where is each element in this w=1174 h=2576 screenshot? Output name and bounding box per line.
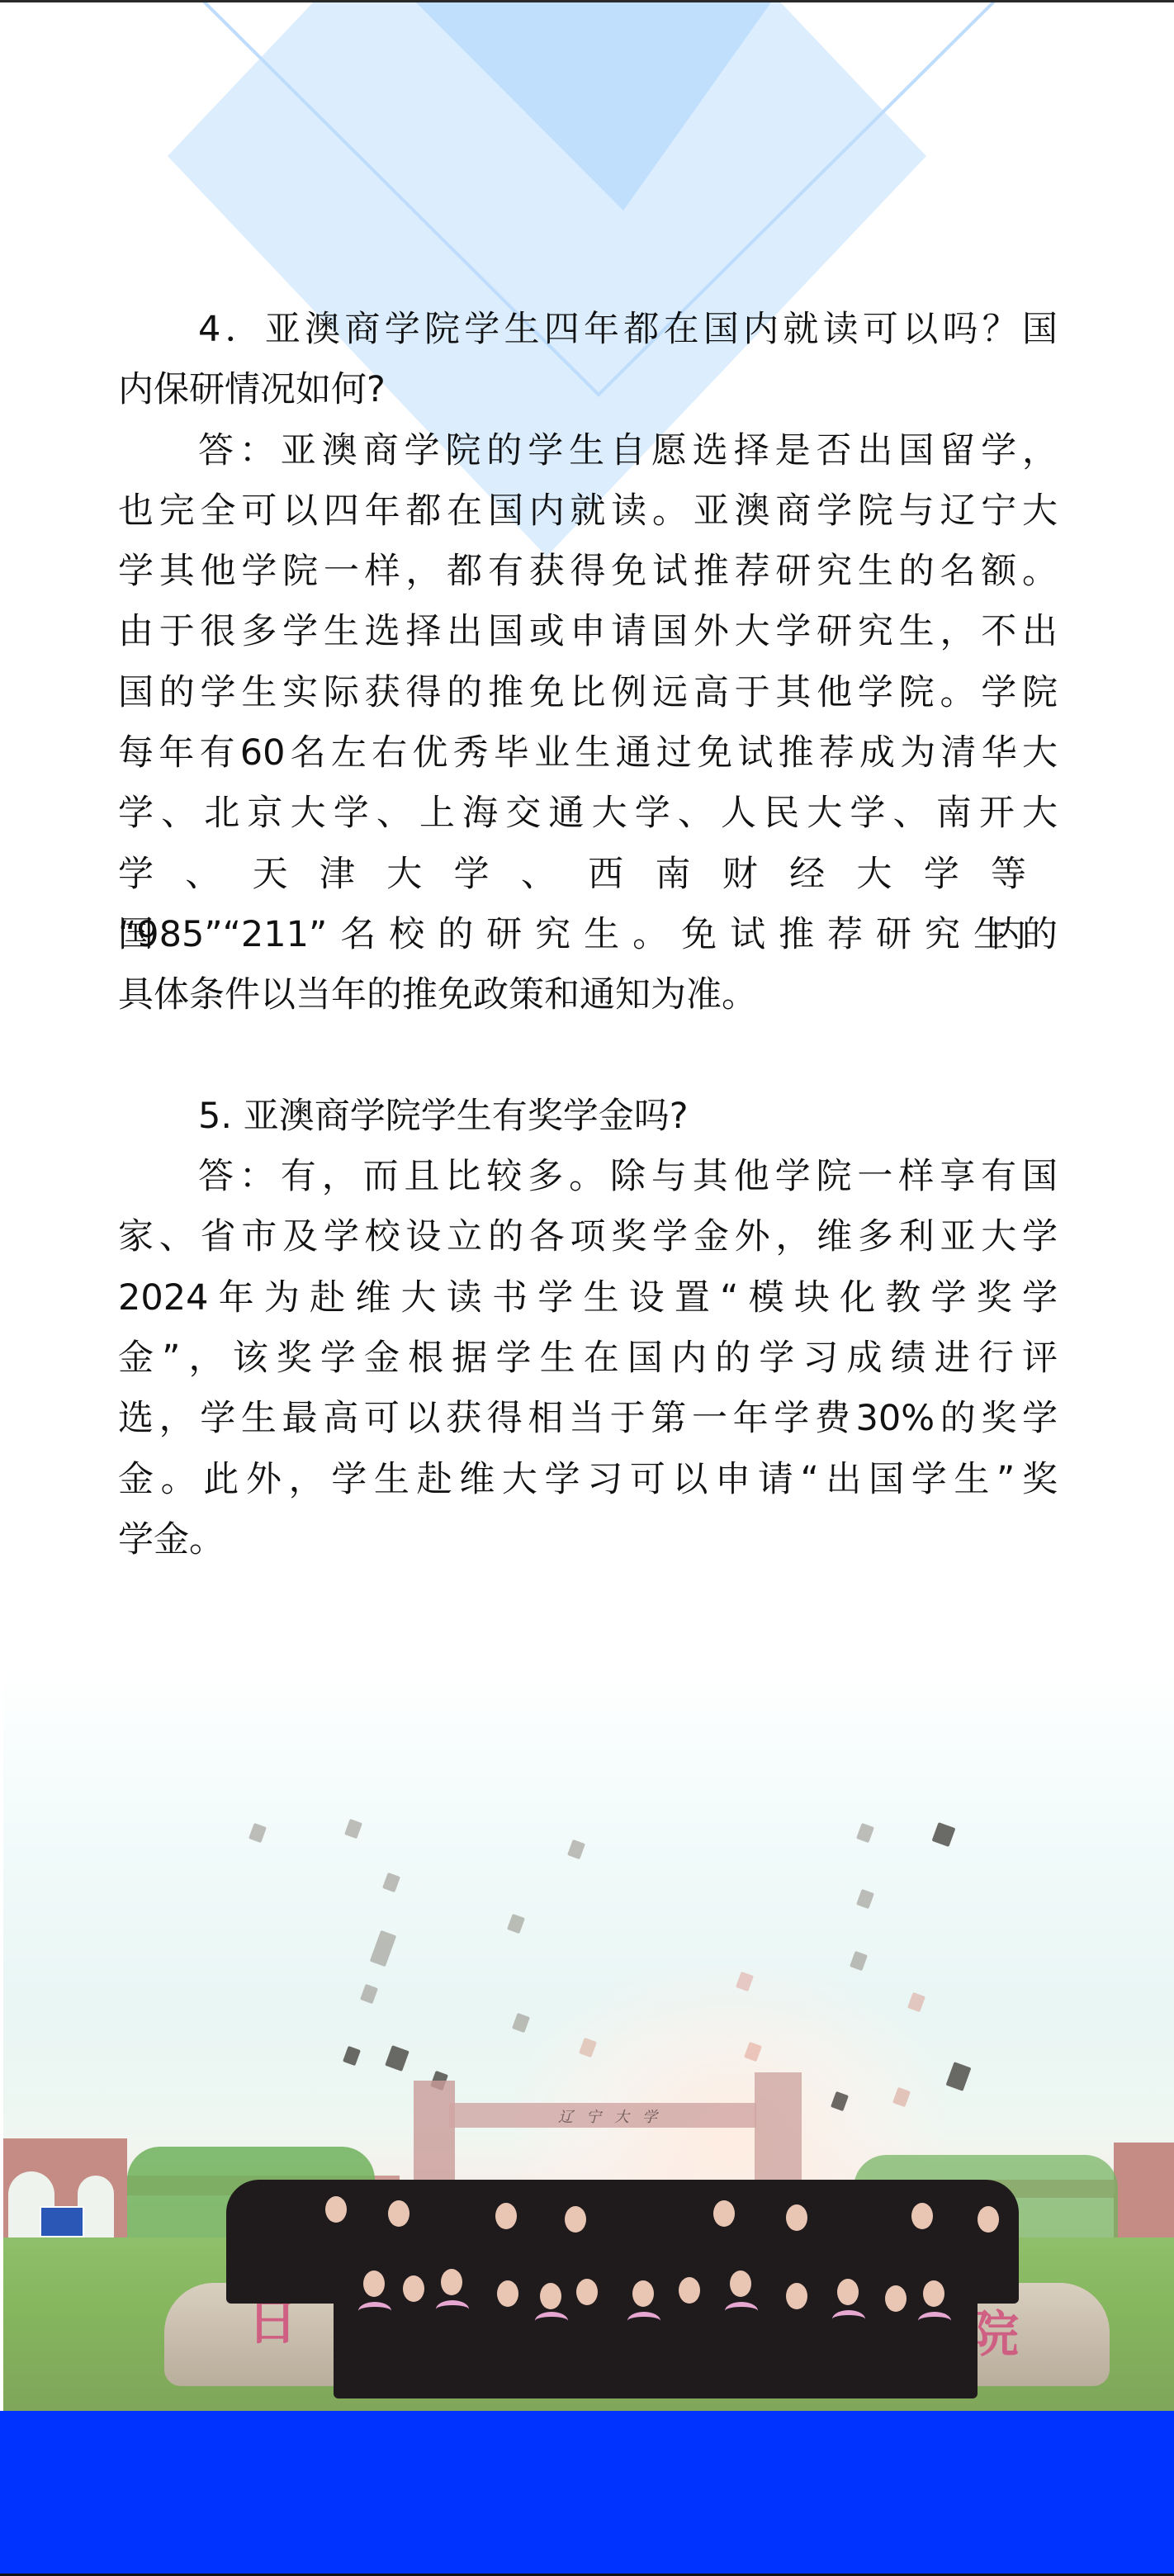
mortarboard-cap-icon	[382, 1873, 400, 1892]
gown-collar	[436, 2300, 469, 2318]
gown-collar	[725, 2302, 758, 2320]
graduate-face	[576, 2279, 598, 2305]
graduate-face	[978, 2206, 999, 2233]
section-spacer	[118, 1026, 1058, 1087]
graduate-face	[540, 2283, 561, 2309]
mortarboard-cap-icon	[344, 1819, 362, 1839]
answer-line: 学其他学院一样，都有获得免试推荐研究生的名额。	[118, 542, 1058, 602]
mortarboard-cap-icon	[567, 1840, 585, 1859]
mortarboard-cap-icon	[946, 2062, 972, 2091]
faq-item-5: 5. 亚澳商学院学生有奖学金吗? 答：有，而且比较多。除与其他学院一样享有国 家…	[118, 1087, 1058, 1570]
answer-line: 由于很多学生选择出国或申请国外大学研究生，不出	[118, 602, 1058, 662]
graduation-photo: 辽宁大学 日 院	[3, 1668, 1174, 2411]
mortarboard-cap-icon	[507, 1914, 525, 1934]
right-arcade	[1114, 2143, 1174, 2250]
mortarboard-cap-icon	[343, 2046, 361, 2066]
gown-collar	[832, 2310, 865, 2328]
graduate-face	[363, 2271, 385, 2297]
graduate-face	[388, 2200, 409, 2227]
graduate-face	[786, 2283, 807, 2309]
graduate-face	[730, 2271, 751, 2297]
answer-line: 也完全可以四年都在国内就读。亚澳商学院与辽宁大	[118, 481, 1058, 542]
answer-line: 答：亚澳商学院的学生自愿选择是否出国留学，	[118, 421, 1058, 481]
question-heading-line: 内保研情况如何?	[118, 360, 1058, 420]
answer-line: 金”，该奖学金根据学生在国内的学习成绩进行评	[118, 1328, 1058, 1389]
graduate-face	[885, 2285, 907, 2312]
graduate-face	[632, 2280, 654, 2307]
graduate-face	[325, 2196, 347, 2223]
mortarboard-cap-icon	[856, 1889, 874, 1909]
faq-content: 4．亚澳商学院学生四年都在国内就读可以吗？国 内保研情况如何? 答：亚澳商学院的…	[118, 300, 1058, 1570]
answer-line: “985”“211”名校的研究生。免试推荐研究生的	[118, 905, 1058, 965]
mortarboard-cap-icon	[385, 2045, 409, 2072]
faq-item-4: 4．亚澳商学院学生四年都在国内就读可以吗？国 内保研情况如何? 答：亚澳商学院的…	[118, 300, 1058, 1026]
answer-line: 2024年为赴维大读书学生设置“模块化教学奖学	[118, 1268, 1058, 1328]
graduate-face	[713, 2200, 735, 2227]
campus-sign	[40, 2206, 84, 2237]
question-heading-line: 4．亚澳商学院学生四年都在国内就读可以吗？国	[118, 300, 1058, 360]
gown-collar	[535, 2312, 568, 2330]
answer-line: 金。此外，学生赴维大学习可以申请“出国学生”奖	[118, 1450, 1058, 1510]
answer-line: 国的学生实际获得的推免比例远高于其他学院。学院	[118, 663, 1058, 723]
graduate-face	[679, 2277, 700, 2304]
mortarboard-cap-icon	[856, 1823, 874, 1843]
graduate-face	[441, 2269, 462, 2295]
graduate-face	[911, 2203, 933, 2229]
graduate-face	[495, 2203, 517, 2229]
answer-line: 家、省市及学校设立的各项奖学金外，维多利亚大学	[118, 1207, 1058, 1267]
answer-line: 学、天津大学、西南财经大学等国内	[118, 845, 1058, 905]
graduate-face	[786, 2204, 807, 2231]
answer-line: 答：有，而且比较多。除与其他学院一样享有国	[118, 1147, 1058, 1207]
footer-color-band	[0, 2411, 1174, 2574]
question-heading-line: 5. 亚澳商学院学生有奖学金吗?	[118, 1087, 1058, 1147]
mortarboard-cap-icon	[932, 1822, 956, 1847]
mortarboard-cap-icon	[370, 1930, 396, 1967]
gown-collar	[918, 2312, 951, 2330]
graduate-face	[565, 2206, 586, 2233]
top-border	[0, 0, 1174, 2]
answer-line: 学、北京大学、上海交通大学、人民大学、南开大	[118, 784, 1058, 844]
mortarboard-cap-icon	[360, 1984, 378, 2004]
answer-line: 选，学生最高可以获得相当于第一年学费30%的奖学	[118, 1389, 1058, 1449]
mortarboard-cap-icon	[249, 1823, 267, 1843]
graduate-face	[497, 2280, 518, 2307]
answer-line: 具体条件以当年的推免政策和通知为准。	[118, 965, 1058, 1025]
graduate-face	[837, 2279, 859, 2305]
gown-collar	[627, 2312, 660, 2330]
gate-inscription: 辽宁大学	[558, 2105, 670, 2127]
answer-line: 每年有60名左右优秀毕业生通过免试推荐成为清华大	[118, 723, 1058, 784]
graduate-face	[923, 2280, 944, 2307]
graduate-face	[403, 2275, 424, 2302]
gown-collar	[358, 2302, 391, 2320]
answer-line: 学金。	[118, 1510, 1058, 1570]
